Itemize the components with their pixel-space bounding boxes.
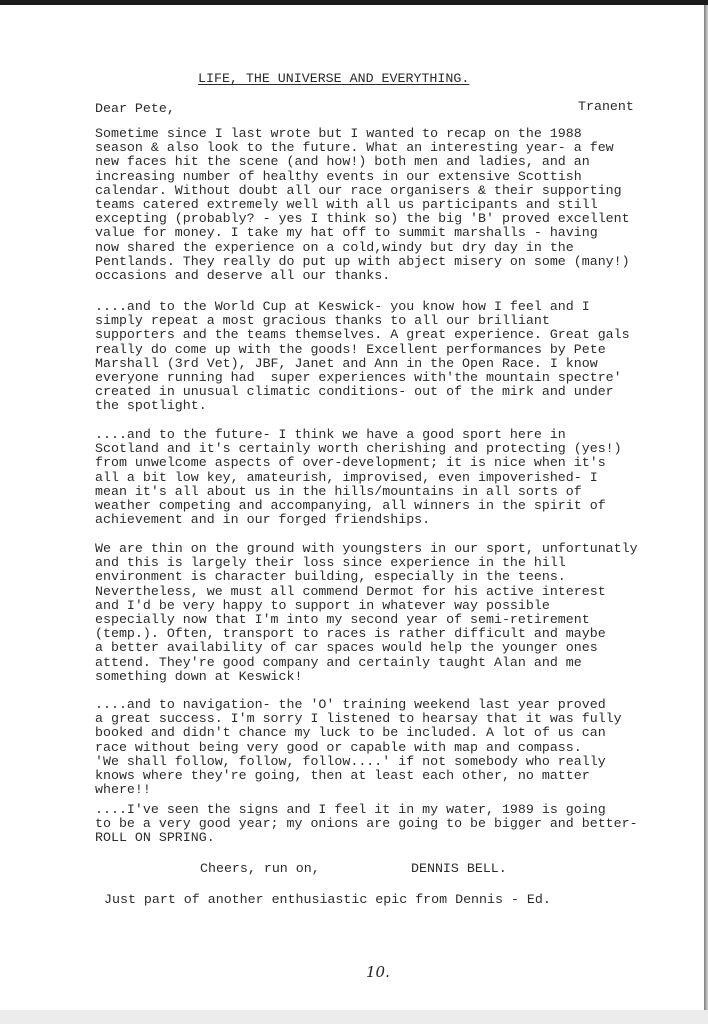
salutation: Dear Pete,: [95, 102, 175, 116]
paragraph: ....and to the World Cup at Keswick- you…: [95, 300, 695, 414]
text-line: knows where they're going, then at least…: [95, 769, 695, 783]
page-number: 10.: [366, 965, 390, 979]
text-line: and this is largely their loss since exp…: [95, 556, 695, 570]
text-line: booked and didn't chance my luck to be i…: [95, 726, 695, 740]
text-line: all a bit low key, amateurish, improvise…: [95, 471, 695, 485]
text-line: where!!: [95, 783, 695, 797]
scan-bottom-strip: [0, 1010, 708, 1024]
text-line: achievement and in our forged friendship…: [95, 513, 695, 527]
text-line: attend. They're good company and certain…: [95, 656, 695, 670]
text-line: a better availability of car spaces woul…: [95, 641, 695, 655]
text-line: season & also look to the future. What a…: [95, 141, 695, 155]
text-line: Scotland and it's certainly worth cheris…: [95, 442, 695, 456]
text-line: We are thin on the ground with youngster…: [95, 542, 695, 556]
text-line: ....and to navigation- the 'O' training …: [95, 698, 695, 712]
text-line: and I'd be very happy to support in what…: [95, 599, 695, 613]
text-line: everyone running had super experiences w…: [95, 371, 695, 385]
text-line: something down at Keswick!: [95, 670, 695, 684]
text-line: weather competing and accompanying, all …: [95, 499, 695, 513]
text-line: environment is character building, espec…: [95, 570, 695, 584]
text-line: now shared the experience on a cold,wind…: [95, 241, 695, 255]
text-line: new faces hit the scene (and how!) both …: [95, 155, 695, 169]
article-title: LIFE, THE UNIVERSE AND EVERYTHING.: [198, 72, 469, 86]
text-line: from unwelcome aspects of over-developme…: [95, 456, 695, 470]
text-line: occasions and deserve all our thanks.: [95, 269, 695, 283]
letter-document: LIFE, THE UNIVERSE AND EVERYTHING. Dear …: [0, 5, 704, 1010]
text-line: Marshall (3rd Vet), JBF, Janet and Ann i…: [95, 357, 695, 371]
text-line: mean it's all about us in the hills/moun…: [95, 485, 695, 499]
text-line: especially now that I'm into my second y…: [95, 613, 695, 627]
text-line: race without being very good or capable …: [95, 741, 695, 755]
text-line: teams catered extremely well with all us…: [95, 198, 695, 212]
text-line: value for money. I take my hat off to su…: [95, 226, 695, 240]
text-line: ....I've seen the signs and I feel it in…: [95, 803, 695, 817]
text-line: 'We shall follow, follow, follow....' if…: [95, 755, 695, 769]
paragraph: Sometime since I last wrote but I wanted…: [95, 127, 695, 283]
paragraph: We are thin on the ground with youngster…: [95, 542, 695, 684]
text-line: (temp.). Often, transport to races is ra…: [95, 627, 695, 641]
scan-right-edge: [704, 5, 708, 1010]
text-line: really do come up with the goods! Excell…: [95, 343, 695, 357]
text-line: a great success. I'm sorry I listened to…: [95, 712, 695, 726]
paragraph: ....and to the future- I think we have a…: [95, 428, 695, 527]
text-line: created in unusual climatic conditions- …: [95, 385, 695, 399]
text-line: the spotlight.: [95, 399, 695, 413]
author-name: DENNIS BELL.: [411, 862, 507, 876]
closing-line: Cheers, run on,: [200, 862, 320, 876]
text-line: increasing number of healthy events in o…: [95, 170, 695, 184]
text-line: Nevertheless, we must all commend Dermot…: [95, 585, 695, 599]
text-line: ....and to the World Cup at Keswick- you…: [95, 300, 695, 314]
text-line: simply repeat a most gracious thanks to …: [95, 314, 695, 328]
page-sheet: LIFE, THE UNIVERSE AND EVERYTHING. Dear …: [0, 5, 704, 1010]
sender-location: Tranent: [578, 100, 634, 114]
text-line: ....and to the future- I think we have a…: [95, 428, 695, 442]
text-line: calendar. Without doubt all our race org…: [95, 184, 695, 198]
text-line: Pentlands. They really do put up with ab…: [95, 255, 695, 269]
text-line: ROLL ON SPRING.: [95, 831, 695, 845]
text-line: Sometime since I last wrote but I wanted…: [95, 127, 695, 141]
text-line: to be a very good year; my onions are go…: [95, 817, 695, 831]
text-line: excepting (probably? - yes I think so) t…: [95, 212, 695, 226]
paragraph: ....I've seen the signs and I feel it in…: [95, 803, 695, 846]
text-line: supporters and the teams themselves. A g…: [95, 328, 695, 342]
paragraph: ....and to navigation- the 'O' training …: [95, 698, 695, 797]
editor-note: Just part of another enthusiastic epic f…: [104, 893, 551, 907]
